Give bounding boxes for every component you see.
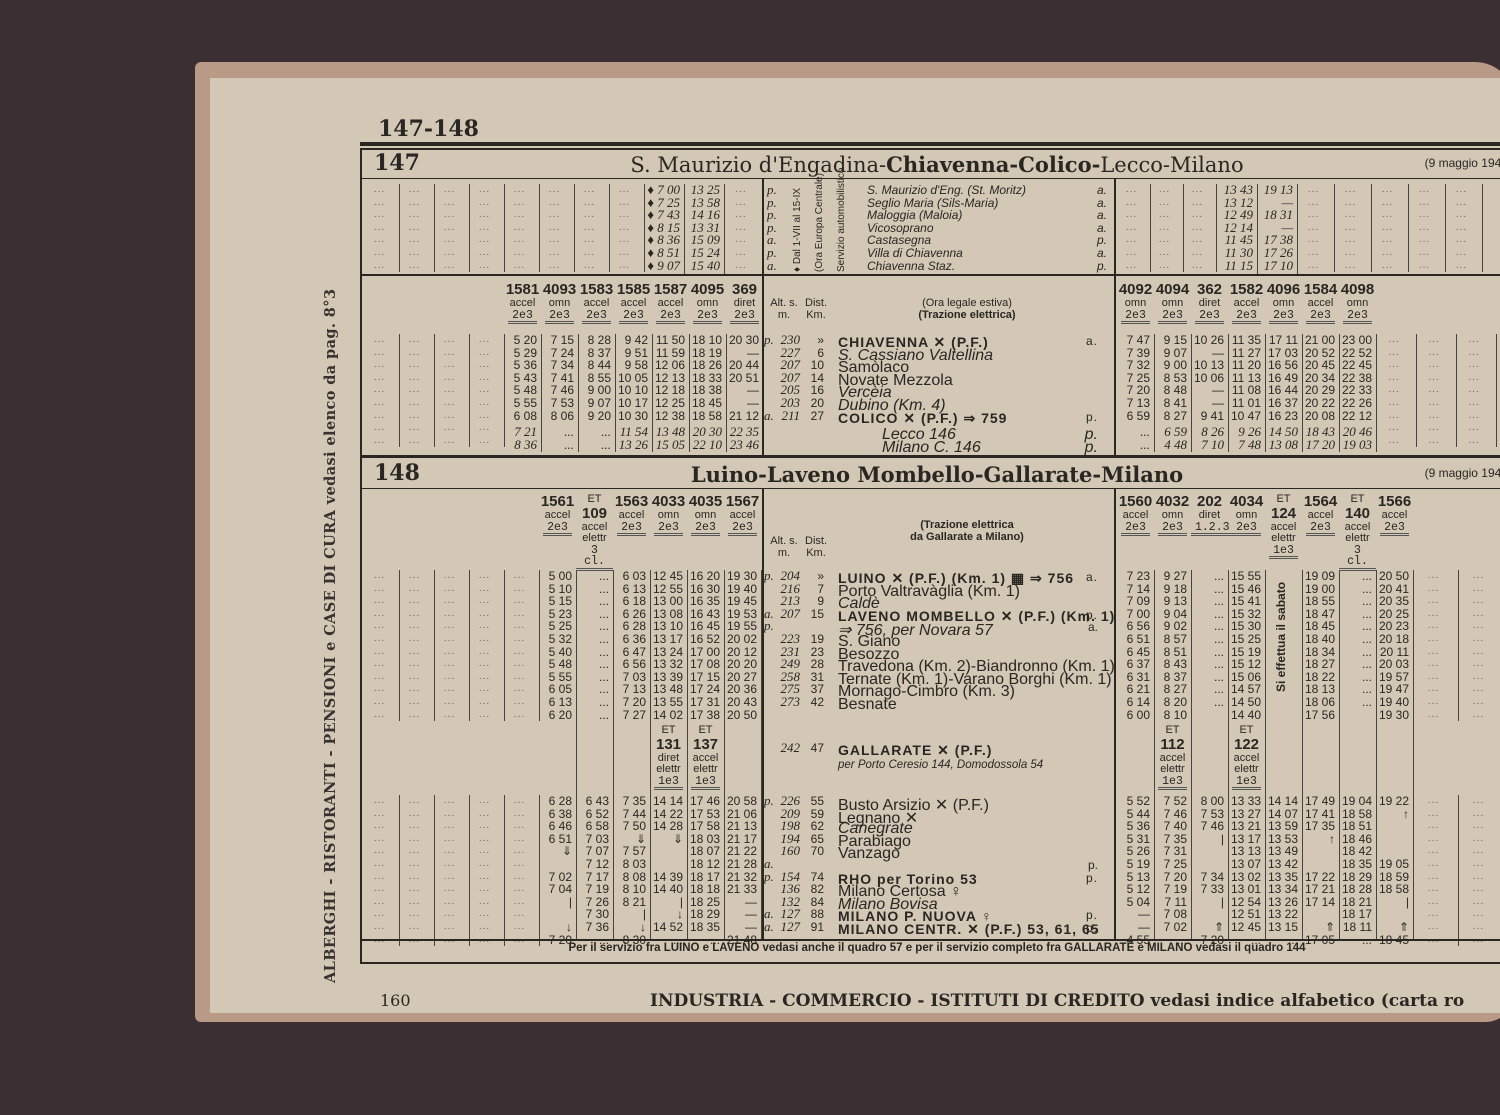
time-cell: ... [1191,696,1228,709]
train-class: 1e3 [1232,776,1261,791]
time-cell: ... [576,696,613,709]
distance-km: » [804,334,828,347]
time-cell: 20 18 [1376,633,1413,646]
no-service-cell: ... [399,234,434,247]
bus-station: Chiavenna Staz.p. [867,260,1107,273]
no-service-cell: ... [1458,845,1500,858]
no-service-cell: ... [1413,858,1458,871]
no-service-cell: ... [1297,260,1334,273]
no-service-cell: ... [1183,234,1216,247]
empty-column: ..................... [574,184,610,272]
no-service-cell: ... [1458,795,1500,808]
no-service-cell: ... [504,570,539,583]
bus-time-column: ♦ 7 00♦ 7 25♦ 7 43♦ 8 15♦ 8 36♦ 8 51♦ 9 … [644,184,685,274]
train-prefix: ET [576,494,613,506]
no-service-cell: ... [1117,247,1150,260]
title-bold-part: Chiavenna-Colico- [886,152,1100,177]
no-service-cell: ... [1458,608,1500,621]
no-service-cell: ... [399,334,434,347]
station-name: Besnate [838,696,897,713]
distance-km: 55 [804,795,828,808]
time-cell: 6 13 [539,696,576,709]
no-service-cell: ... [434,184,469,197]
no-service-cell: ... [539,247,574,260]
no-service-cell: ... [364,570,399,583]
train-column: 6 036 136 186 266 286 366 476 567 037 13… [613,570,651,940]
time-cell: 7 23 [1117,570,1154,583]
no-service-cell: ... [1297,247,1334,260]
no-service-cell: ... [469,334,504,347]
no-service-cell: ... [1458,595,1500,608]
train-type: accel elettr [1339,522,1376,545]
time-cell: 9 27 [1154,570,1191,583]
time-cell: 6 08 [504,410,541,423]
no-service-cell: ... [1183,260,1216,273]
no-service-cell: ... [399,671,434,684]
train-type: omn [1154,298,1191,310]
time-cell: 19 30 [1376,709,1413,722]
arr-dep-marker: a. [767,260,787,273]
time-cell: 19 04 [1339,795,1376,808]
train-type: omn [1339,298,1376,310]
no-service-cell: ... [504,247,539,260]
train-prefix: ET [1154,725,1191,737]
no-service-cell: ... [1183,222,1216,235]
time-cell: 14 50 [1228,696,1265,709]
empty-column: .................................... [504,570,540,721]
time-cell: 8 20 [1154,696,1191,709]
arr-dep-marker: a. [1097,184,1107,197]
no-service-cell: ... [364,858,399,871]
no-service-cell: ... [1413,671,1458,684]
no-service-cell: ... [1371,234,1408,247]
no-service-cell: ... [469,908,504,921]
train-type: accel [1376,510,1413,522]
time-cell: 15 40 [684,260,724,273]
no-service-cell: ... [1376,397,1416,410]
time-cell: ⇓ [539,845,576,858]
empty-column: .................................... [469,570,505,721]
time-cell: ... [1191,570,1228,583]
no-service-cell: ... [1334,247,1371,260]
no-service-cell: ... [724,222,762,235]
table-148-header: 148 Luino-Laveno Mombello-Gallarate-Mila… [362,460,1500,489]
station-row: COLICO ✕ (P.F.) ⇒ 759p. [838,410,1098,427]
time-cell: 13 15 [1265,921,1302,934]
no-service-cell: ... [434,671,469,684]
no-service-cell: ... [609,209,644,222]
no-service-cell: ... [399,347,434,360]
distance-km: 28 [804,658,828,671]
no-service-cell: ... [1416,422,1456,435]
no-service-cell: ... [1458,696,1500,709]
train-number: 1587 [652,282,689,298]
train-header: ET124accel elettr1e3 [1265,494,1302,559]
gallarate-connections: per Porto Ceresio 144, Domodossola 54 [838,759,1098,771]
no-service-cell: ... [574,247,609,260]
train-class: 2e3 [656,310,685,325]
time-cell: 18 55 [1302,595,1339,608]
no-service-cell: ... [1413,570,1458,583]
train-type: omn [1228,510,1265,522]
time-cell: 20 50 [724,709,761,722]
train-column: 19 3019 4019 4519 5319 5520 0220 1220 20… [724,570,762,940]
train-prefix: ET [650,725,687,737]
time-cell: 19 45 [724,595,761,608]
no-service-cell: ... [399,595,434,608]
train-number: 4093 [541,282,578,298]
time-cell: 7 34 [541,359,578,372]
alt-label: Alt. s. m. [764,536,804,559]
time-cell: ... [1191,658,1228,671]
gallarate-train-header: ET122accel elettr1e3 [1228,725,1265,790]
time-cell: 13 21 [1228,820,1265,833]
time-cell: 10 47 [1228,410,1265,423]
empty-column: ........................... [469,334,505,447]
row-divider [362,939,1500,941]
station-row: Besnate [838,696,1098,714]
empty-column: ........................... [1456,334,1497,447]
time-cell: 6 36 [613,633,650,646]
time-cell: 17 10 [1257,260,1297,273]
empty-column: ..................... [434,184,470,272]
time-cell: 5 12 [1117,883,1154,896]
effective-date: (9 maggio 1948) [1425,466,1500,480]
no-service-cell: ... [504,883,539,896]
bus-time-column: 19 13—18 31—17 3817 2617 10 [1257,184,1298,274]
time-cell: 17 11 [1265,334,1302,347]
train-number: 1584 [1302,282,1339,298]
no-service-cell: ... [504,184,539,197]
no-service-cell: ... [504,896,539,909]
no-service-cell: ... [1413,808,1458,821]
no-service-cell: ... [1150,197,1183,210]
no-service-cell: ... [469,671,504,684]
time-cell: 7 10 [1191,439,1228,452]
time-cell: ... [576,658,613,671]
no-service-cell: ... [469,260,504,273]
no-service-cell: ... [364,896,399,909]
time-cell: 13 08 [1265,439,1302,452]
time-cell: 21 28 [724,858,761,871]
train-class: 2e3 [1306,522,1335,537]
time-cell: — [726,397,763,410]
no-service-cell: ... [399,222,434,235]
time-cell: 8 03 [613,858,650,871]
train-class: 2e3 [691,522,720,537]
time-cell: ↑ [1302,833,1339,846]
no-service-cell: ... [469,696,504,709]
no-service-cell: ... [399,709,434,722]
no-service-cell: ... [1334,197,1371,210]
no-service-cell: ... [1150,184,1183,197]
train-class: 2e3 [1158,522,1187,537]
distance-km: 10 [804,359,828,372]
train-type: accel elettr [1265,522,1302,545]
no-service-cell: ... [1456,359,1496,372]
train-number: 1583 [578,282,615,298]
time-cell: 17 31 [687,696,724,709]
no-service-cell: ... [1297,197,1334,210]
train-class: 2e3 [508,310,537,325]
no-service-cell: ... [399,896,434,909]
time-cell: 16 23 [1265,410,1302,423]
no-service-cell: ... [1456,422,1496,435]
train-class: 2e3 [654,522,683,537]
empty-column: ..................... [1334,184,1372,272]
time-cell: 22 12 [1339,410,1376,423]
time-cell: 8 44 [578,359,615,372]
no-service-cell: ... [539,184,574,197]
no-service-cell: ... [1117,184,1150,197]
time-cell: 18 28 [1339,883,1376,896]
train-prefix: ET [1265,494,1302,506]
no-service-cell: ... [434,359,469,372]
train-column: 7 237 147 097 006 566 516 456 376 316 21… [1117,570,1155,940]
time-cell: ↓ [539,921,576,934]
no-service-cell: ... [364,247,399,260]
time-cell: ... [576,570,613,583]
time-cell: 18 18 [687,883,724,896]
no-service-cell: ... [364,234,399,247]
no-service-cell: ... [399,871,434,884]
no-service-cell: ... [1371,209,1408,222]
empty-column: ..................... [1445,184,1483,272]
time-cell: 20 03 [1376,658,1413,671]
arr-dep-marker: p. [1097,260,1107,273]
arr-dep-marker: p. [1085,439,1098,457]
empty-column: .................................... [1458,570,1500,721]
time-cell: 17 46 [687,795,724,808]
time-cell: 5 52 [1117,795,1154,808]
time-cell: 17 35 [1302,820,1339,833]
train-type: diret elettr [650,753,687,776]
time-cell: 13 00 [650,595,687,608]
no-service-cell: ... [574,260,609,273]
no-service-cell: ... [469,222,504,235]
train-number: 369 [726,282,763,298]
station-name: Vanzago [838,845,900,862]
no-service-cell: ... [1408,197,1445,210]
no-service-cell: ... [469,435,504,448]
no-service-cell: ... [1371,260,1408,273]
time-cell: 4 48 [1154,439,1191,452]
train-column: 11 5011 5912 0612 1312 1812 2512 3813 48… [652,334,690,452]
no-service-cell: ... [364,658,399,671]
distance-km: 82 [804,883,828,896]
time-cell: 7 48 [1228,439,1265,452]
no-service-cell: ... [364,583,399,596]
time-cell: 7 46 [1191,820,1228,833]
train-class: 2e3 [1232,522,1261,537]
no-service-cell: ... [1376,410,1416,423]
time-cell: 19 22 [1376,795,1413,808]
no-service-cell: ... [1458,858,1500,871]
train-class: 2e3 [1121,310,1150,325]
train-prefix: ET [1339,494,1376,506]
train-class: 2e3 [619,310,648,325]
time-cell: 19 40 [1376,696,1413,709]
time-cell: 10 26 [1191,334,1228,347]
station-name: GALLARATE ✕ (P.F.) [838,742,992,758]
no-service-cell: ... [504,820,539,833]
distance-km: 62 [804,820,828,833]
no-service-cell: ... [1150,209,1183,222]
train-header: 1560accel2e3 [1117,494,1154,536]
no-service-cell: ... [469,871,504,884]
no-service-cell: ... [364,422,399,435]
time-cell: 9 07 [578,397,615,410]
no-service-cell: ... [364,184,399,197]
no-service-cell: ... [434,247,469,260]
time-cell: 6 43 [576,795,613,808]
time-cell: 13 01 [1228,883,1265,896]
title-part: S. Maurizio d'Engadina- [630,153,886,177]
train-number: 1585 [615,282,652,298]
no-service-cell: ... [434,808,469,821]
time-cell: 7 32 [1117,359,1154,372]
time-cell: 22 45 [1339,359,1376,372]
time-cell: 18 58 [1376,883,1413,896]
time-cell: 17 21 [1302,883,1339,896]
no-service-cell: ... [399,184,434,197]
no-service-cell: ... [504,260,539,273]
time-cell: 16 20 [687,570,724,583]
no-service-cell: ... [469,359,504,372]
no-service-cell: ... [1416,347,1456,360]
time-cell: 12 25 [652,397,689,410]
train-type: accel elettr [687,753,724,776]
train-prefix: ET [1228,725,1265,737]
train-class: 2e3 [543,522,572,537]
train-number: 1560 [1117,494,1154,510]
no-service-cell: ... [364,921,399,934]
time-cell: 11 35 [1228,334,1265,347]
time-cell: 16 52 [687,633,724,646]
distance-km: 47 [804,742,828,755]
train-column: .................................8 007 5… [1191,570,1229,940]
no-service-cell: ... [1408,184,1445,197]
no-service-cell: ... [434,234,469,247]
time-cell: 6 56 [613,658,650,671]
train-header: 4034omn2e3 [1228,494,1265,536]
no-service-cell: ... [1416,435,1456,448]
no-service-cell: ... [1376,384,1416,397]
distance-km: 70 [804,845,828,858]
no-service-cell: ... [469,709,504,722]
time-cell: 9 20 [578,410,615,423]
no-service-cell: ... [504,683,539,696]
no-service-cell: ... [364,646,399,659]
no-service-cell: ... [399,397,434,410]
no-service-cell: ... [434,583,469,596]
train-class: 2e3 [1158,310,1187,325]
train-header: 4033omn2e3 [650,494,687,536]
no-service-cell: ... [1371,247,1408,260]
no-service-cell: ... [1334,234,1371,247]
empty-column: ........................... [1376,334,1417,447]
no-service-cell: ... [1458,820,1500,833]
no-service-cell: ... [364,833,399,846]
train-column: 9 429 519 5810 0510 1010 1710 3011 5413 … [615,334,653,452]
no-service-cell: ... [399,209,434,222]
table-147: 147 S. Maurizio d'Engadina-Chiavenna-Col… [362,150,1500,455]
time-cell: 17 58 [687,820,724,833]
empty-column: ..................... [609,184,645,272]
no-service-cell: ... [434,833,469,846]
train-column: 17 1117 0316 5616 4916 4416 3716 2314 50… [1265,334,1303,452]
time-cell: 6 00 [1117,709,1154,722]
no-service-cell: ... [1117,209,1150,222]
altitude: 273 [772,696,804,709]
no-service-cell: ... [1413,921,1458,934]
bus-note: ♦ Dal 1-VII al 15-IX [792,188,803,272]
no-service-cell: ... [434,896,469,909]
time-cell: | [1191,833,1228,846]
no-service-cell: ... [1334,222,1371,235]
no-service-cell: ... [504,808,539,821]
train-type: accel [504,298,541,310]
table-title: S. Maurizio d'Engadina-Chiavenna-Colico-… [362,152,1500,177]
train-column: 7 477 397 327 257 207 136 59...... [1117,334,1155,452]
no-service-cell: ... [364,608,399,621]
time-cell: 18 45 [689,397,726,410]
time-cell: ... [1339,570,1376,583]
no-service-cell: ... [469,658,504,671]
no-service-cell: ... [469,247,504,260]
time-cell: 9 13 [1154,595,1191,608]
no-service-cell: ... [504,633,539,646]
dist-label: Dist. Km. [804,536,828,559]
no-service-cell: ... [434,397,469,410]
no-service-cell: ... [724,247,762,260]
no-service-cell: ... [1413,608,1458,621]
train-type: accel elettr [1154,753,1191,776]
empty-column: .................................... [469,795,505,946]
no-service-cell: ... [399,570,434,583]
saturday-note: Si effettua il sabato [1274,582,1288,692]
no-service-cell: ... [724,260,762,273]
no-service-cell: ... [504,209,539,222]
time-cell: 6 58 [576,820,613,833]
train-number: 131 [650,737,687,753]
train-number: 1567 [724,494,761,510]
train-header: 4096omn2e3 [1265,282,1302,324]
time-cell: 6 03 [613,570,650,583]
no-service-cell: ... [469,347,504,360]
no-service-cell: ... [1413,683,1458,696]
distance-km: 27 [804,410,828,423]
time-cell: 20 35 [1376,595,1413,608]
time-cell: 7 13 [1117,397,1154,410]
time-cell: 20 22 [1302,397,1339,410]
no-service-cell: ... [1408,247,1445,260]
time-cell: 8 10 [613,883,650,896]
no-service-cell: ... [609,197,644,210]
train-class: 3 cl. [576,545,613,571]
time-cell: — [724,921,761,934]
no-service-cell: ... [364,222,399,235]
no-service-cell: ... [1413,620,1458,633]
no-service-cell: ... [1456,435,1496,448]
time-cell: ... [1117,439,1154,452]
train-type: accel [578,298,615,310]
no-service-cell: ... [364,435,399,448]
no-service-cell: ... [609,222,644,235]
time-cell: 23 00 [1339,334,1376,347]
page-number: 160 [380,991,411,1010]
no-service-cell: ... [434,260,469,273]
